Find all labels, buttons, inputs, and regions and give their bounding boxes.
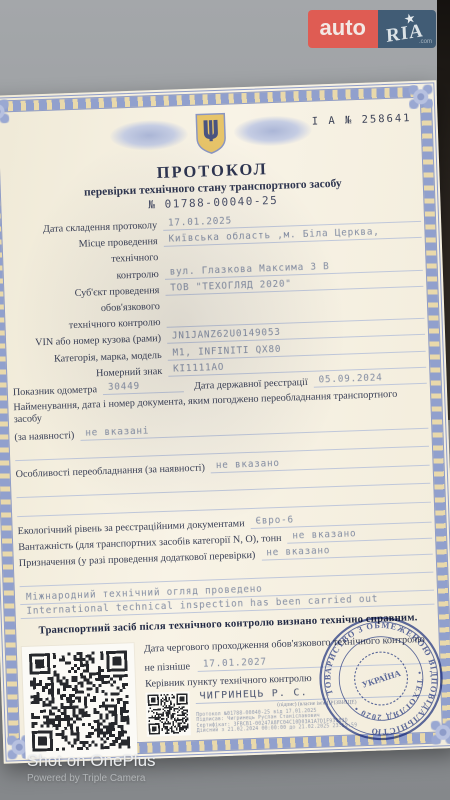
field-label: Категорія, марка, модель [12,349,168,365]
document-content: І А № 258641 ПРОТОКОЛ перевірки технічно… [3,96,439,749]
watermark-line2: Powered by Triple Camera [27,773,156,784]
field-value: не вказано [287,525,432,543]
field-label: обов'язкового [10,301,166,317]
protocol-document: І А № 258641 ПРОТОКОЛ перевірки технічно… [0,80,450,764]
tryzub-emblem-icon [193,111,229,156]
field-label: VIN або номер кузова (рами) [11,333,167,349]
bottom-block: Дата чергового проходження обов'язкового… [22,633,440,759]
field-value: 30449 [103,379,184,395]
ornament-right [233,115,312,148]
document-qr-code [22,643,138,759]
not-later-label: не пізніше [144,661,198,674]
stamp-center-text: УКРАЇНА [361,668,403,690]
field-label: Показник одометра [13,384,104,398]
field-label: (за наявності) [14,430,80,443]
autoria-logo: auto ★ RIA .com [308,10,436,48]
ornament-left [109,119,188,152]
field-label: Дата державної реєстрації [184,377,314,393]
photo-scene: auto ★ RIA .com І А № 258641 [0,0,450,800]
field-label: технічного [8,252,164,268]
fields: Дата складення протоколу 17.01.2025 Місц… [7,209,439,759]
field-label: контролю [9,268,165,284]
field-label: Дата складення протоколу [7,220,163,236]
field-value: 05.09.2024 [313,371,426,388]
autoria-logo-auto: auto [308,10,378,48]
autoria-logo-tld: .com [419,39,432,45]
camera-watermark: Shot on OnePlus Powered by Triple Camera [27,751,156,784]
signature-qr-code [145,691,191,737]
watermark-line1: Shot on OnePlus [27,751,156,771]
autoria-logo-ria-box: ★ RIA .com [378,10,436,48]
